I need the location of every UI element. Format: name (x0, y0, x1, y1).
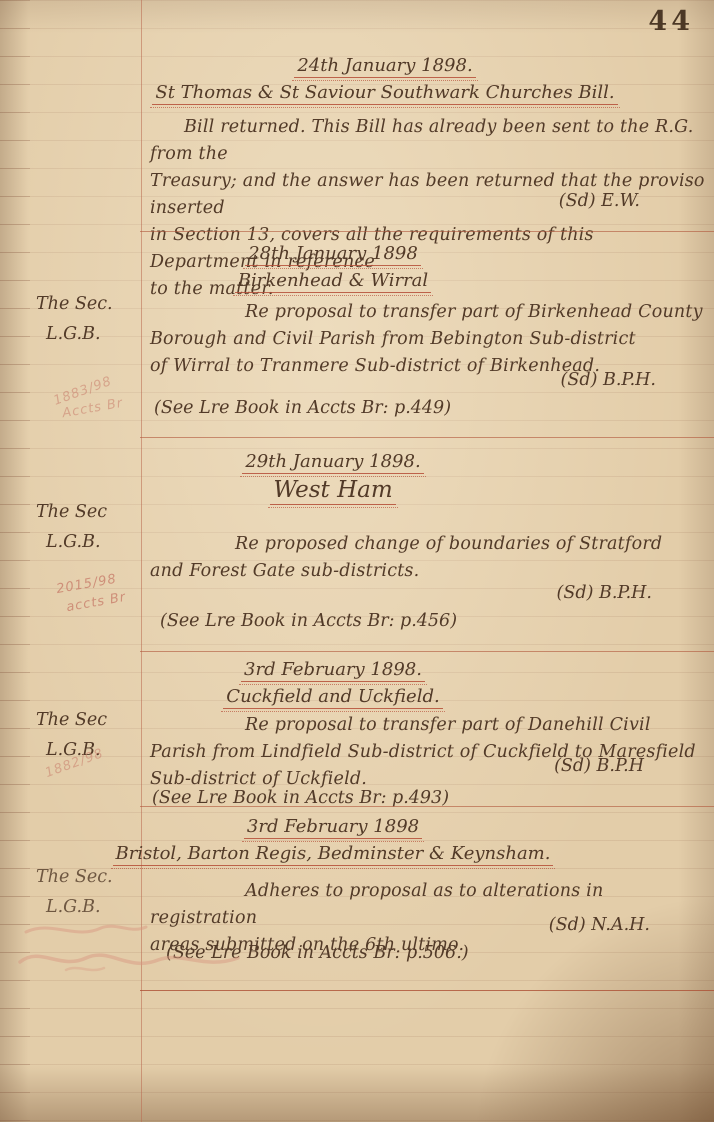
accounts-branch-stamp: 2015/98 accts Br (56, 576, 127, 610)
ledger-page: 44 24th January 1898. St Thomas & St Sav… (0, 0, 714, 1122)
letter-book-reference: (See Lre Book in Accts Br: p.449) (154, 398, 451, 418)
entry-separator (140, 990, 714, 991)
entry-heading: 3rd February 1898. Cuckfield and Uckfiel… (0, 656, 690, 710)
page-number: 44 (648, 6, 694, 37)
entry-body: Re proposal to transfer part of Danehill… (150, 712, 706, 793)
margin-note-addressee: The Sec (36, 502, 146, 522)
entry-west-ham: 29th January 1898. West Ham The Sec L.G.… (0, 448, 714, 650)
entry-body: Re proposal to transfer part of Birkenhe… (150, 299, 706, 380)
entry-separator (140, 437, 714, 438)
entry-separator (140, 231, 714, 232)
margin-note-addressee: The Sec (36, 710, 146, 730)
entry-signature: (Sd) E.W. (559, 191, 640, 211)
entry-title: West Ham (270, 477, 395, 505)
entry-title: Bristol, Barton Regis, Bedminster & Keyn… (113, 843, 554, 866)
screenshot-root: { "page": { "number": "44" }, "colors": … (0, 0, 714, 1122)
entry-signature: (Sd) B.P.H. (557, 583, 652, 603)
entry-signature: (Sd) B.P.H (554, 756, 644, 776)
entry-separator (140, 806, 714, 807)
entry-heading: 28th January 1898 Birkenhead & Wirral (0, 240, 690, 294)
entry-signature: (Sd) B.P.H. (561, 370, 656, 390)
entry-content: Re proposed change of boundaries of Stra… (150, 531, 706, 585)
entry-st-thomas-southwark: 24th January 1898. St Thomas & St Saviou… (0, 52, 714, 230)
entry-title: Birkenhead & Wirral (235, 270, 431, 293)
entry-title: St Thomas & St Saviour Southwark Churche… (152, 82, 617, 105)
letter-book-reference: (See Lre Book in Accts Br: p.456) (160, 611, 457, 631)
entry-separator (140, 651, 714, 652)
entry-date: 24th January 1898. (294, 55, 475, 78)
entry-heading: 3rd February 1898 Bristol, Barton Regis,… (0, 813, 690, 867)
entry-date: 3rd February 1898 (244, 816, 422, 839)
letter-book-reference: (See Lre Book in Accts Br: p.493) (152, 788, 449, 808)
margin-note-addressee: The Sec. (36, 867, 146, 887)
faint-red-annotation (6, 918, 256, 980)
entry-date: 28th January 1898 (245, 243, 421, 266)
margin-note-department: L.G.B. (46, 324, 156, 344)
entry-title: Cuckfield and Uckfield. (223, 686, 442, 709)
entry-date: 29th January 1898. (242, 451, 423, 474)
entry-heading: 24th January 1898. St Thomas & St Saviou… (28, 52, 714, 106)
entry-cuckfield-uckfield: 3rd February 1898. Cuckfield and Uckfiel… (0, 656, 714, 806)
margin-note-addressee: The Sec. (36, 294, 146, 314)
entry-heading: 29th January 1898. West Ham (0, 448, 690, 506)
accounts-branch-stamp: 1882/98 (44, 756, 105, 771)
entry-content: Re proposal to transfer part of Danehill… (150, 712, 706, 793)
entry-body: Re proposed change of boundaries of Stra… (150, 531, 706, 585)
margin-note-department: L.G.B. (46, 532, 156, 552)
accounts-branch-stamp: 1883/98 Accts Br (52, 382, 123, 416)
margin-note-department: L.G.B. (46, 897, 156, 917)
entry-content: Re proposal to transfer part of Birkenhe… (150, 299, 706, 380)
entry-signature: (Sd) N.A.H. (549, 915, 650, 935)
entry-date: 3rd February 1898. (241, 659, 425, 682)
